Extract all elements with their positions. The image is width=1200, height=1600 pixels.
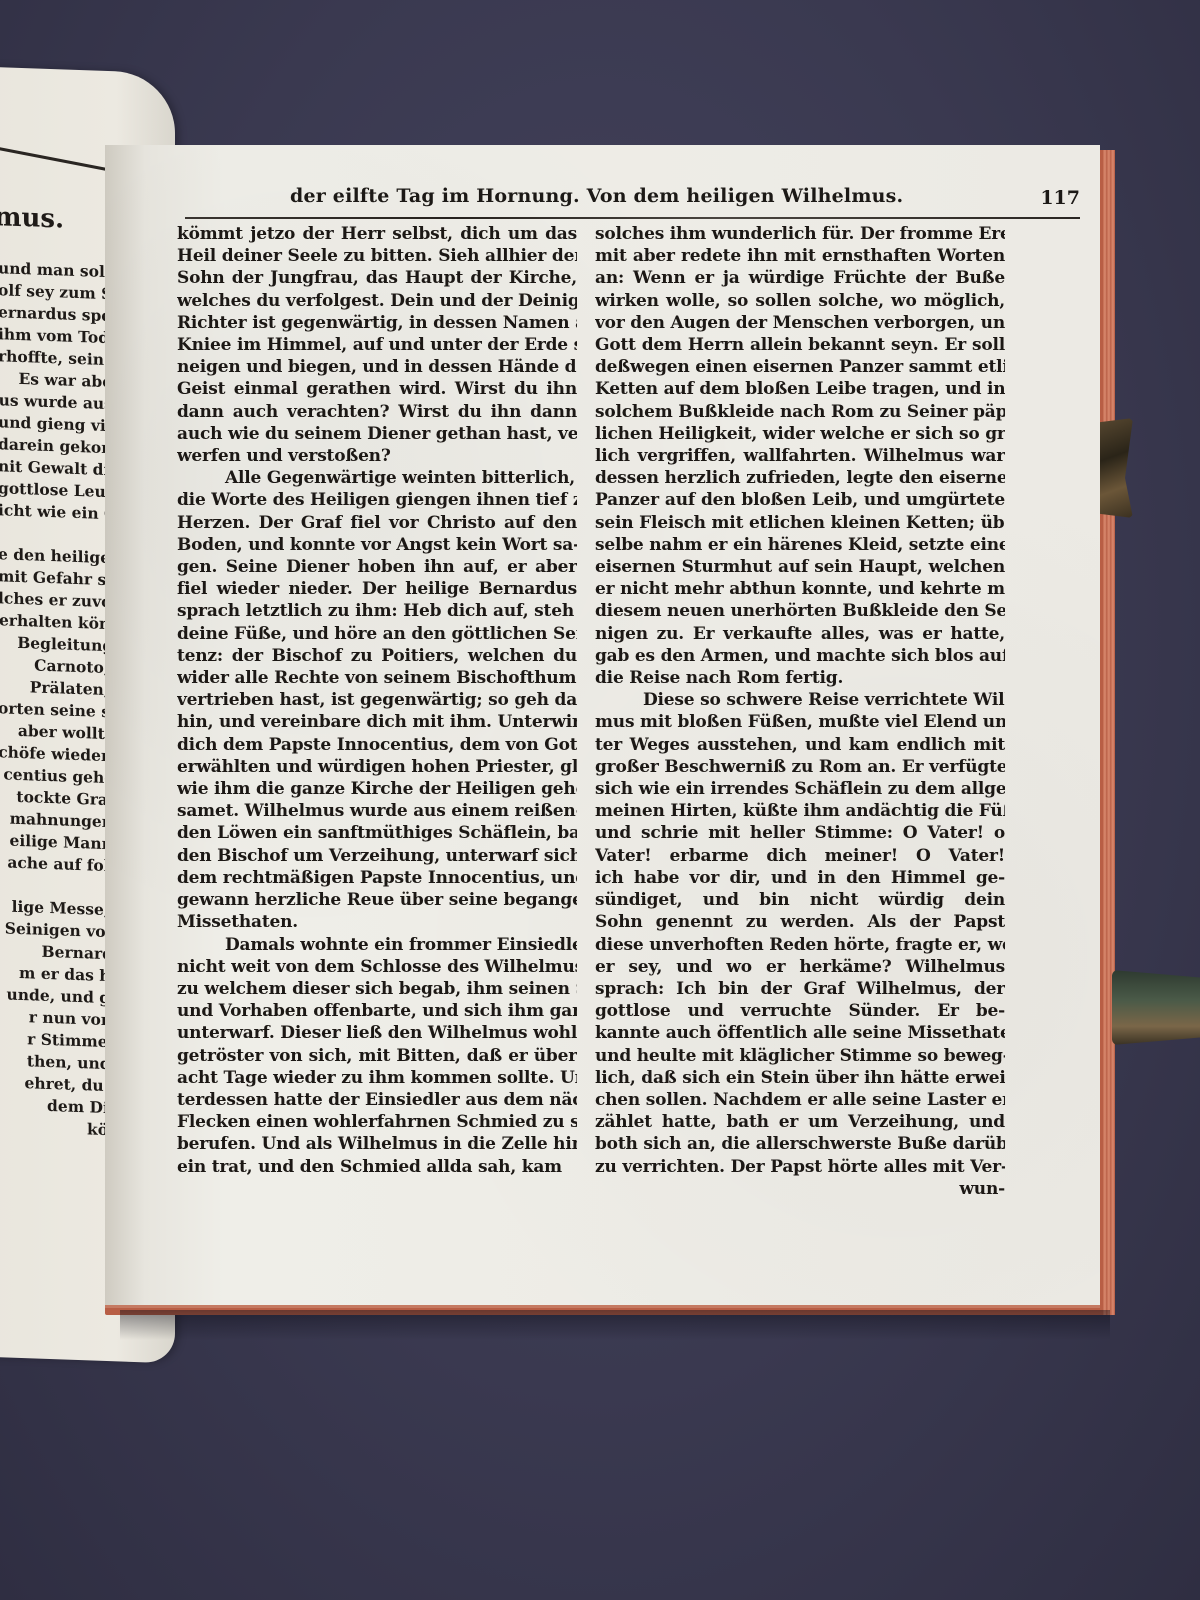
text-line: solchem Bußkleide nach Rom zu Seiner päp… [595, 401, 1005, 423]
text-line: großer Beschwerniß zu Rom an. Er verfügt… [595, 756, 1005, 778]
text-column-left: kömmt jetzo der Herr selbst, dich um das… [177, 223, 577, 1178]
text-line: vertrieben hast, ist gegenwärtig; so geh… [177, 689, 577, 711]
text-line: Vater! erbarme dich meiner! O Vater! [595, 845, 1005, 867]
text-line: fiel wieder nieder. Der heilige Bernardu… [177, 578, 577, 600]
text-line: gen. Seine Diener hoben ihn auf, er aber [177, 556, 577, 578]
right-page: der eilfte Tag im Hornung. Von dem heili… [105, 145, 1100, 1308]
running-title: der eilfte Tag im Hornung. Von dem heili… [290, 185, 903, 207]
text-line: chen sollen. Nachdem er alle seine Laste… [595, 1089, 1005, 1111]
text-line: terdessen hatte der Einsiedler aus dem n… [177, 1089, 577, 1111]
text-line: diesem neuen unerhörten Bußkleide den Se… [595, 600, 1005, 622]
text-line: ein trat, und den Schmied allda sah, kam [177, 1156, 577, 1178]
text-line: lich vergriffen, wallfahrten. Wilhelmus … [595, 445, 1005, 467]
text-line: erwählten und würdigen hohen Priester, g… [177, 756, 577, 778]
red-edge-stripes [1103, 150, 1115, 1315]
text-line: kannte auch öffentlich alle seine Misset… [595, 1022, 1005, 1044]
text-line: getröster von sich, mit Bitten, daß er ü… [177, 1045, 577, 1067]
text-line: sich wie ein irrendes Schäflein zu dem a… [595, 778, 1005, 800]
text-line: diese unverhoften Reden hörte, fragte er… [595, 934, 1005, 956]
page-number: 117 [1040, 187, 1080, 209]
text-line: sündiget, und bin nicht würdig dein [595, 889, 1005, 911]
text-line: den Löwen ein sanftmüthiges Schäflein, b… [177, 822, 577, 844]
text-line: die Worte des Heiligen giengen ihnen tie… [177, 489, 577, 511]
photo-scene: mus. und man sollte ver-olf sey zum Scha… [0, 0, 1200, 1600]
text-line: acht Tage wieder zu ihm kommen sollte. U… [177, 1067, 577, 1089]
text-line: selbe nahm er ein härenes Kleid, setzte … [595, 534, 1005, 556]
text-line: deßwegen einen eisernen Panzer sammt etl… [595, 356, 1005, 378]
text-line: Kniee im Himmel, auf und unter der Erde … [177, 334, 577, 356]
text-line: tenz: der Bischof zu Poitiers, welchen d… [177, 645, 577, 667]
text-line: wirken wolle, so sollen solche, wo mögli… [595, 290, 1005, 312]
text-line: vor den Augen der Menschen verborgen, un… [595, 312, 1005, 334]
text-line: gottlose und verruchte Sünder. Er be- [595, 1000, 1005, 1022]
text-line: den Bischof um Verzeihung, unterwarf sic… [177, 845, 577, 867]
text-line: Sohn der Jungfrau, das Haupt der Kirche, [177, 267, 577, 289]
text-line: die Reise nach Rom fertig. [595, 667, 1005, 689]
text-line: lich, daß sich ein Stein über ihn hätte … [595, 1067, 1005, 1089]
text-line: Panzer auf den bloßen Leib, und umgürtet… [595, 489, 1005, 511]
text-line: wie ihm die ganze Kirche der Heiligen ge… [177, 778, 577, 800]
text-line: und schrie mit heller Stimme: O Vater! o [595, 822, 1005, 844]
text-line: er sey, und wo er herkäme? Wilhelmus [595, 956, 1005, 978]
text-line: Ketten auf dem bloßen Leibe tragen, und … [595, 378, 1005, 400]
text-line: unterwarf. Dieser ließ den Wilhelmus woh… [177, 1022, 577, 1044]
text-line: sprach: Ich bin der Graf Wilhelmus, der [595, 978, 1005, 1000]
text-line: auch wie du seinem Diener gethan hast, v… [177, 423, 577, 445]
text-line: er nicht mehr abthun konnte, und kehrte … [595, 578, 1005, 600]
text-line: wun- [595, 1178, 1005, 1200]
text-line: Richter ist gegenwärtig, in dessen Namen… [177, 312, 577, 334]
text-line: mus mit bloßen Füßen, mußte viel Elend u… [595, 711, 1005, 733]
text-line: nicht weit von dem Schlosse des Wilhelmu… [177, 956, 577, 978]
text-line: dem rechtmäßigen Papste Innocentius, und [177, 867, 577, 889]
text-line: berufen. Und als Wilhelmus in die Zelle … [177, 1133, 577, 1155]
text-line: sprach letztlich zu ihm: Heb dich auf, s… [177, 600, 577, 622]
metal-clasp-bottom [1112, 970, 1200, 1045]
text-line: Gott dem Herrn allein bekannt seyn. Er s… [595, 334, 1005, 356]
text-line: Flecken einen wohlerfahrnen Schmied zu s… [177, 1111, 577, 1133]
text-line: solches ihm wunderlich für. Der fromme E… [595, 223, 1005, 245]
text-line: hin, und vereinbare dich mit ihm. Unterw… [177, 711, 577, 733]
text-line: deine Füße, und höre an den göttlichen S… [177, 623, 577, 645]
text-line: Alle Gegenwärtige weinten bitterlich, un… [177, 467, 577, 489]
text-line: gewann herzliche Reue über seine begange… [177, 889, 577, 911]
text-line: both sich an, die allerschwerste Buße da… [595, 1133, 1005, 1155]
left-running-head: mus. [0, 202, 64, 234]
text-line: samet. Wilhelmus wurde aus einem reißen- [177, 800, 577, 822]
text-line: Herzen. Der Graf fiel vor Christo auf de… [177, 512, 577, 534]
text-line: Sohn genennt zu werden. Als der Papst [595, 911, 1005, 933]
text-line: eisernen Sturmhut auf sein Haupt, welche… [595, 556, 1005, 578]
text-line: zu verrichten. Der Papst hörte alles mit… [595, 1156, 1005, 1178]
running-header: der eilfte Tag im Hornung. Von dem heili… [290, 185, 1080, 215]
text-line: lichen Heiligkeit, wider welche er sich … [595, 423, 1005, 445]
text-line: welches du verfolgest. Dein und der Dein… [177, 290, 577, 312]
text-line: kömmt jetzo der Herr selbst, dich um das [177, 223, 577, 245]
text-line: Diese so schwere Reise verrichtete Wilhe… [595, 689, 1005, 711]
text-line: ter Weges ausstehen, und kam endlich mit [595, 734, 1005, 756]
text-line: neigen und biegen, und in dessen Hände d… [177, 356, 577, 378]
text-line: sein Fleisch mit etlichen kleinen Ketten… [595, 512, 1005, 534]
page-shadow [120, 1310, 1110, 1340]
text-line: ich habe vor dir, und in den Himmel ge- [595, 867, 1005, 889]
text-line: und Vorhaben offenbarte, und sich ihm ga… [177, 1000, 577, 1022]
text-line: Geist einmal gerathen wird. Wirst du ihn [177, 378, 577, 400]
text-line: dessen herzlich zufrieden, legte den eis… [595, 467, 1005, 489]
text-line: gab es den Armen, und machte sich blos a… [595, 645, 1005, 667]
text-line: Heil deiner Seele zu bitten. Sieh allhie… [177, 245, 577, 267]
header-rule [185, 217, 1080, 219]
text-line: an: Wenn er ja würdige Früchte der Buße [595, 267, 1005, 289]
text-line: Damals wohnte ein frommer Einsiedler [177, 934, 577, 956]
text-line: Boden, und konnte vor Angst kein Wort sa… [177, 534, 577, 556]
text-line: mit aber redete ihn mit ernsthaften Wort… [595, 245, 1005, 267]
text-column-right: solches ihm wunderlich für. Der fromme E… [595, 223, 1005, 1200]
text-line: dich dem Papste Innocentius, dem von Got… [177, 734, 577, 756]
text-line: wider alle Rechte von seinem Bischofthum… [177, 667, 577, 689]
text-line: meinen Hirten, küßte ihm andächtig die F… [595, 800, 1005, 822]
text-line: zu welchem dieser sich begab, ihm seinen… [177, 978, 577, 1000]
text-line: zählet hatte, bath er um Verzeihung, und [595, 1111, 1005, 1133]
text-line: dann auch verachten? Wirst du ihn dann [177, 401, 577, 423]
text-line: Missethaten. [177, 911, 577, 933]
text-line: nigen zu. Er verkaufte alles, was er hat… [595, 623, 1005, 645]
text-line: werfen und verstoßen? [177, 445, 577, 467]
text-line: und heulte mit kläglicher Stimme so bewe… [595, 1045, 1005, 1067]
